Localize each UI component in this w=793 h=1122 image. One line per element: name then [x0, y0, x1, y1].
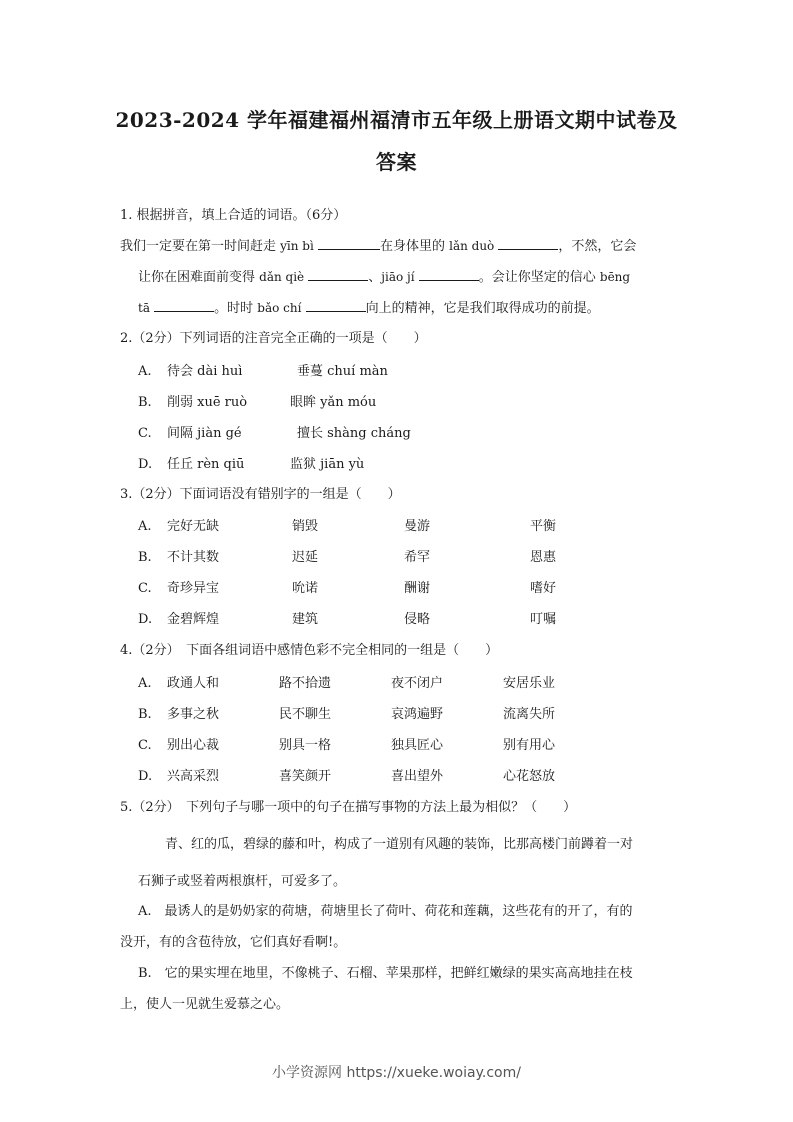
option-word: 别出心裁 [167, 737, 219, 755]
q1-text: 。会让你坚定的信心 [479, 270, 600, 285]
option-letter: C. [138, 580, 152, 598]
q1-line1: 我们一定要在第一时间赶走 yīn bì 在身体里的 lǎn duò ，不然，它会 [120, 236, 636, 256]
option-word: 眼眸 yǎn móu [290, 394, 376, 412]
option-letter: C. [138, 737, 152, 755]
q1-text: 我们一定要在第一时间赶走 [120, 239, 280, 254]
option-word: 监狱 jiān yù [290, 456, 364, 474]
answer-blank[interactable] [306, 298, 366, 312]
exam-page: 2023-2024 学年福建福州福清市五年级上册语文期中试卷及 答案 1. 根据… [0, 0, 793, 1122]
option-word: 政通人和 [167, 675, 219, 693]
q1-line2: 让你在困难面前变得 dǎn qiè 、jiāo jí 。会让你坚定的信心 bēn… [138, 267, 630, 287]
q5-option-a-line2: 没开，有的含苞待放，它们真好看啊!。 [120, 934, 346, 952]
option-word: 民不聊生 [279, 706, 331, 724]
option-word: 吮诺 [292, 580, 318, 598]
pinyin: bǎo chí [257, 301, 301, 315]
option-word: 完好无缺 [167, 518, 219, 536]
option-word: 金碧辉煌 [167, 611, 219, 629]
option-word: 削弱 xuē ruò [167, 394, 247, 412]
q4-stem: 4.（2分） 下面各组词语中感情色彩不完全相同的一组是（ ） [120, 642, 498, 660]
option-letter: D. [138, 456, 152, 474]
option-word: 奇珍异宝 [167, 580, 219, 598]
q5-passage-line1: 青、红的瓜，碧绿的藤和叶，构成了一道别有风趣的装饰，比那高楼门前蹲着一对 [165, 836, 633, 854]
option-word: 曼游 [404, 518, 430, 536]
option-word: 喜出望外 [391, 768, 443, 786]
option-word: 迟延 [292, 549, 318, 567]
pinyin: dǎn qiè [259, 270, 304, 284]
option-word: 兴高采烈 [167, 768, 219, 786]
q5-option-b-line1: B. 它的果实埋在地里，不像桃子、石榴、苹果那样，把鲜红嫩绿的果实高高地挂在枝 [138, 965, 633, 983]
option-word: 垂蔓 chuí màn [297, 363, 388, 381]
option-word: 任丘 rèn qiū [167, 456, 244, 474]
q1-text: 。时时 [214, 301, 257, 316]
option-word: 哀鸿遍野 [391, 706, 443, 724]
option-word: 间隔 jiàn gé [167, 425, 242, 443]
option-letter: A. [138, 518, 152, 536]
q5-passage-line2: 石狮子或竖着两根旗杆，可爱多了。 [138, 873, 346, 891]
option-word: 别有用心 [503, 737, 555, 755]
option-word: 建筑 [292, 611, 318, 629]
option-word: 平衡 [530, 518, 556, 536]
option-letter: D. [138, 768, 152, 786]
option-word: 喜笑颜开 [279, 768, 331, 786]
q1-text: 在身体里的 [380, 239, 449, 254]
option-letter: B. [138, 706, 152, 724]
option-word: 不计其数 [167, 549, 219, 567]
option-word: 路不拾遗 [279, 675, 331, 693]
option-word: 恩惠 [530, 549, 556, 567]
q1-text: 、 [368, 270, 381, 285]
pinyin: bēng [600, 270, 630, 284]
q5-option-a-line1: A. 最诱人的是奶奶家的荷塘，荷塘里长了荷叶、荷花和莲藕，这些花有的开了，有的 [138, 903, 633, 921]
option-word: 叮嘱 [530, 611, 556, 629]
option-word: 独具匠心 [391, 737, 443, 755]
option-word: 安居乐业 [503, 675, 555, 693]
option-word: 心花怒放 [503, 768, 555, 786]
option-word: 待会 dài huì [167, 363, 242, 381]
option-word: 夜不闭户 [391, 675, 443, 693]
q3-stem: 3.（2分）下面词语没有错别字的一组是（ ） [120, 486, 401, 504]
option-word: 侵略 [404, 611, 430, 629]
option-letter: A. [138, 675, 152, 693]
footer-source-link[interactable]: 小学资源网 https://xueke.woiay.com/ [0, 1062, 793, 1082]
option-word: 别具一格 [279, 737, 331, 755]
option-letter: A. [138, 363, 152, 381]
q2-stem: 2.（2分）下列词语的注音完全正确的一项是（ ） [120, 330, 427, 348]
option-word: 擅长 shàng cháng [297, 425, 411, 443]
q1-text: ，不然，它会 [558, 239, 636, 254]
pinyin: yīn bì [280, 239, 314, 253]
option-letter: D. [138, 611, 152, 629]
document-title-line2: 答案 [0, 146, 793, 175]
document-title-line1: 2023-2024 学年福建福州福清市五年级上册语文期中试卷及 [0, 104, 793, 133]
option-word: 希罕 [404, 549, 430, 567]
option-word: 多事之秋 [167, 706, 219, 724]
answer-blank[interactable] [419, 267, 479, 281]
option-letter: B. [138, 549, 152, 567]
answer-blank[interactable] [308, 267, 368, 281]
answer-blank[interactable] [154, 298, 214, 312]
pinyin: lǎn duò [449, 239, 494, 253]
answer-blank[interactable] [498, 236, 558, 250]
option-letter: B. [138, 394, 152, 412]
q1-text: 让你在困难面前变得 [138, 270, 259, 285]
option-word: 酬谢 [404, 580, 430, 598]
answer-blank[interactable] [318, 236, 380, 250]
pinyin: jiāo jí [381, 270, 414, 284]
q1-line3: tā 。时时 bǎo chí 向上的精神，它是我们取得成功的前提。 [138, 298, 600, 318]
option-word: 嗜好 [530, 580, 556, 598]
q1-text: 向上的精神，它是我们取得成功的前提。 [366, 301, 600, 316]
q5-option-b-line2: 上，使人一见就生爱慕之心。 [120, 996, 289, 1014]
option-word: 销毁 [292, 518, 318, 536]
option-letter: C. [138, 425, 152, 443]
option-word: 流离失所 [503, 706, 555, 724]
pinyin: tā [138, 301, 150, 315]
q1-stem: 1. 根据拼音，填上合适的词语。（6分） [120, 207, 346, 225]
q5-stem: 5.（2分） 下列句子与哪一项中的句子在描写事物的方法上最为相似？（ ） [120, 799, 576, 817]
